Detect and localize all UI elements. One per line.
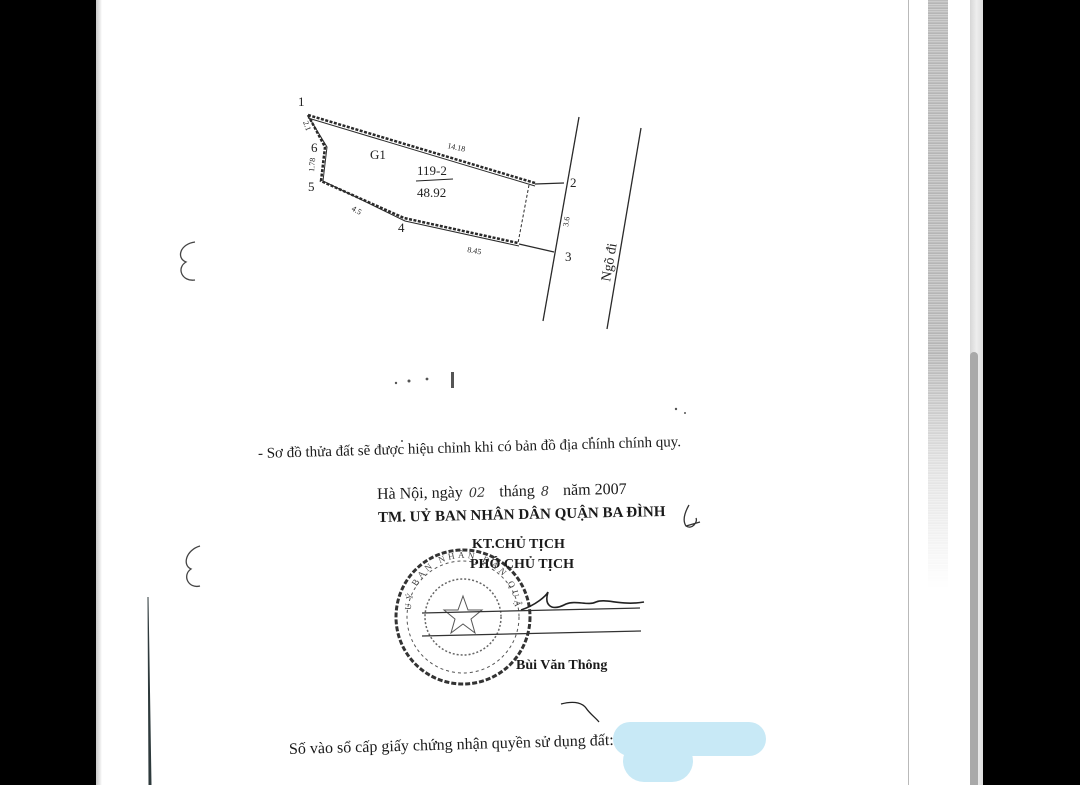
edge-3-4-length: 8.45: [467, 245, 482, 256]
parcel-label: G1: [370, 147, 386, 162]
scan-specks: [395, 372, 686, 442]
vertex-6: 6: [311, 140, 318, 155]
vertex-3: 3: [565, 249, 572, 264]
deputy-title-1: KT.CHỦ TỊCH: [472, 537, 565, 553]
signer-name: Bùi Văn Thông: [516, 658, 607, 674]
edge-2-3-length: 3.6: [561, 216, 572, 227]
scrollbar-thumb[interactable]: [970, 352, 978, 785]
binding-crease: [148, 597, 151, 785]
vertex-1: 1: [298, 94, 305, 109]
punch-mark-top: [180, 242, 195, 280]
redaction-mark-lower: [623, 740, 693, 782]
parcel-area: 48.92: [417, 185, 446, 200]
edge-1-2-length: 14.18: [447, 141, 466, 154]
date-month-label: tháng: [499, 483, 535, 501]
edge-6-1-length: 2.1: [301, 120, 313, 132]
parcel-number: 119-2: [417, 163, 447, 178]
deputy-title-2: PHÓ CHỦ TỊCH: [470, 557, 574, 573]
edge-4-5-length: 4.5: [350, 204, 363, 217]
vertex-4: 4: [398, 220, 405, 235]
road-label: Ngõ đi: [599, 242, 620, 283]
date-day: 02: [469, 486, 486, 501]
vertex-2: 2: [570, 175, 577, 190]
diagram-labels: 1 2 3 4 5 6 G1 119-2 48.92 14.18 3.6 8.4…: [298, 94, 621, 283]
date-place: Hà Nội, ngày: [377, 484, 463, 503]
edge-5-6-length: 1.78: [307, 157, 317, 172]
parcel-boundary: [308, 115, 641, 329]
date-year: năm 2007: [563, 481, 627, 499]
document-page: 1 2 3 4 5 6 G1 119-2 48.92 14.18 3.6 8.4…: [96, 0, 983, 785]
vertex-5: 5: [308, 179, 315, 194]
date-month: 8: [541, 484, 550, 499]
punch-mark-bottom: [186, 546, 200, 586]
